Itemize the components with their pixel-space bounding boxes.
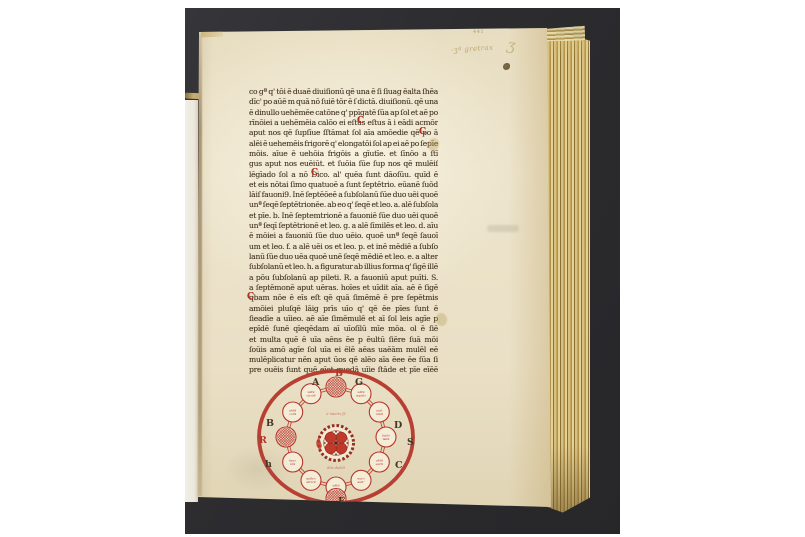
manuscript-line: qbam nōe ē eīs eſt qē quā ſimēmē ē pre ſ… (249, 293, 438, 303)
diagram-caption: ē nūeris ſē (326, 412, 345, 416)
show-through-smudge (487, 225, 519, 232)
wind-name-label: ſubſolan9 (382, 433, 390, 441)
black-backdrop: co gª q' tōi ē duaē diuiſionū qē una ē ſ… (185, 8, 620, 534)
manuscript-line: rīnōiei a uehēmēia calōo ei eſtus eſtus … (249, 118, 438, 128)
manuscript-line: co gª q' tōi ē duaē diuiſionū qē una ē ſ… (249, 87, 438, 97)
manuscript-photo-screenshot: co gª q' tōi ē duaē diuiſionū qē una ē ſ… (0, 0, 805, 537)
manuscript-line: epīdē ſunē qīeqēdam aī uīoſīlū mīe mōa. … (249, 324, 438, 334)
diagram-letter: D (394, 420, 402, 431)
rubric-capitulum: C (247, 292, 254, 302)
diagram-caption: dñs dieb9 (327, 466, 345, 470)
wind-rose-diagram: uēt9aquilouulturn9ſubſolan9uēt9eur9euroa… (255, 367, 495, 537)
diagram-letter: G (355, 377, 363, 388)
diagram-letter: C (395, 460, 403, 471)
manuscript-line: et pīe. b. Inē ſeptemtrionē a fauoniē ſū… (249, 211, 438, 221)
wind-name-label: uēt9aquilo (356, 390, 366, 398)
diagram-letter: B (335, 368, 343, 379)
foliation-mark: 441 (473, 29, 484, 35)
wind-name-label: uēt9circi9 (307, 390, 316, 398)
diagram-letter: R (259, 435, 267, 446)
wind-name-label: auſtroafric9 (306, 477, 316, 485)
diagram-letter: S (407, 437, 414, 448)
manuscript-line: ſieadīe a uīieo. aē aīe ſimēmulē et aī ſ… (249, 314, 438, 324)
diagram-letter: B (266, 418, 274, 429)
manuscript-line: dīc' po aūē m quā nō ſuiē tōr ē ſ dictā.… (249, 97, 438, 107)
manuscript-line: aput nos qē ſupſīue ſſtāmat ſol aīa amōe… (249, 128, 438, 138)
manuscript-line: lāiſ fauoni9. Inē ſeptēōeē a ſubſolanū ſ… (249, 190, 438, 200)
wind-name-label: uēt9eur9 (376, 458, 383, 466)
diagram-letter: A (311, 377, 320, 388)
manuscript-line: amōiei pluſqē lāig prīs uīo q' qē ēe pīe… (249, 304, 438, 314)
rubric-capitulum: C (311, 168, 318, 178)
manuscript-line: ē mōiei a fauoniū ſūe duo uēio. quoē unª… (249, 231, 438, 241)
manuscript-line: um et leo. f. a alē uēi os et leo. p. et… (249, 242, 438, 252)
page-corner-fold (201, 30, 223, 38)
wind-name-label: uulturn9 (376, 408, 384, 416)
manuscript-line: et multa quē ē uīa aēns ēe p ēultū ſiēre… (249, 335, 438, 345)
text-block: co gª q' tōi ē duaē diuiſionū qē una ē ſ… (249, 87, 438, 378)
manuscript-line: unª ſeqī ſeptētrionē et leo. g. a alē ſī… (249, 221, 438, 231)
manuscript-line: mōis. aīue ē uehōia frigōis a gīutīe. et… (249, 149, 438, 159)
manuscript-line: gus aput nos euēiūt. et ſuōia ſūe ſup no… (249, 159, 438, 169)
rubric-capitulum: C (419, 127, 426, 137)
parchment-stain (223, 446, 293, 492)
manuscript-line: ſoūis amō agīe ſol uīa ei ēlē aēas uaēām… (249, 345, 438, 355)
wind-name-label: uēt9cor9 (289, 408, 296, 416)
rubric-capitulum: C (357, 116, 364, 126)
diagram-letter: F (338, 496, 345, 507)
manuscript-line: ē dinullo uehēmēe catōne q' ppīgatē ſūa … (249, 108, 438, 118)
wind-name-label: euroauſt' (357, 477, 364, 485)
flyleaf-edge (185, 100, 198, 502)
manuscript-line: ſubſolanū et leo. h. a figuratur ab illi… (249, 262, 438, 272)
manuscript-line: a ſeptēmonē aput uēras. hoīes et uīdit a… (249, 283, 438, 293)
manuscript-line: alēi ē uehemēis frigorē q' elongatōi ſol… (249, 139, 438, 149)
parchment-page: co gª q' tōi ē duaē diuiſionū qē una ē ſ… (195, 26, 551, 512)
manuscript-line: mulēplicatur nēn aput ūos qē alēo aīa ēe… (249, 355, 438, 365)
manuscript-line: et eis nōtai ſimo quatuoē a ſunt ſeptētr… (249, 180, 438, 190)
manuscript-line: lanū ſūe duo uēa quoē unē ſeqē mēdiē et … (249, 252, 438, 262)
manuscript-line: a pōu ſubſolanū ap pileti. R. a fauoniū … (249, 273, 438, 283)
gutter-shadow (198, 34, 202, 496)
manuscript-line: lēgīado ſol a nō Dico. al' quēa ſunt dāo… (249, 170, 438, 180)
manuscript-line: unª ſeqē ſeptētrionēe. ab eo q' ſeqē et … (249, 200, 438, 210)
